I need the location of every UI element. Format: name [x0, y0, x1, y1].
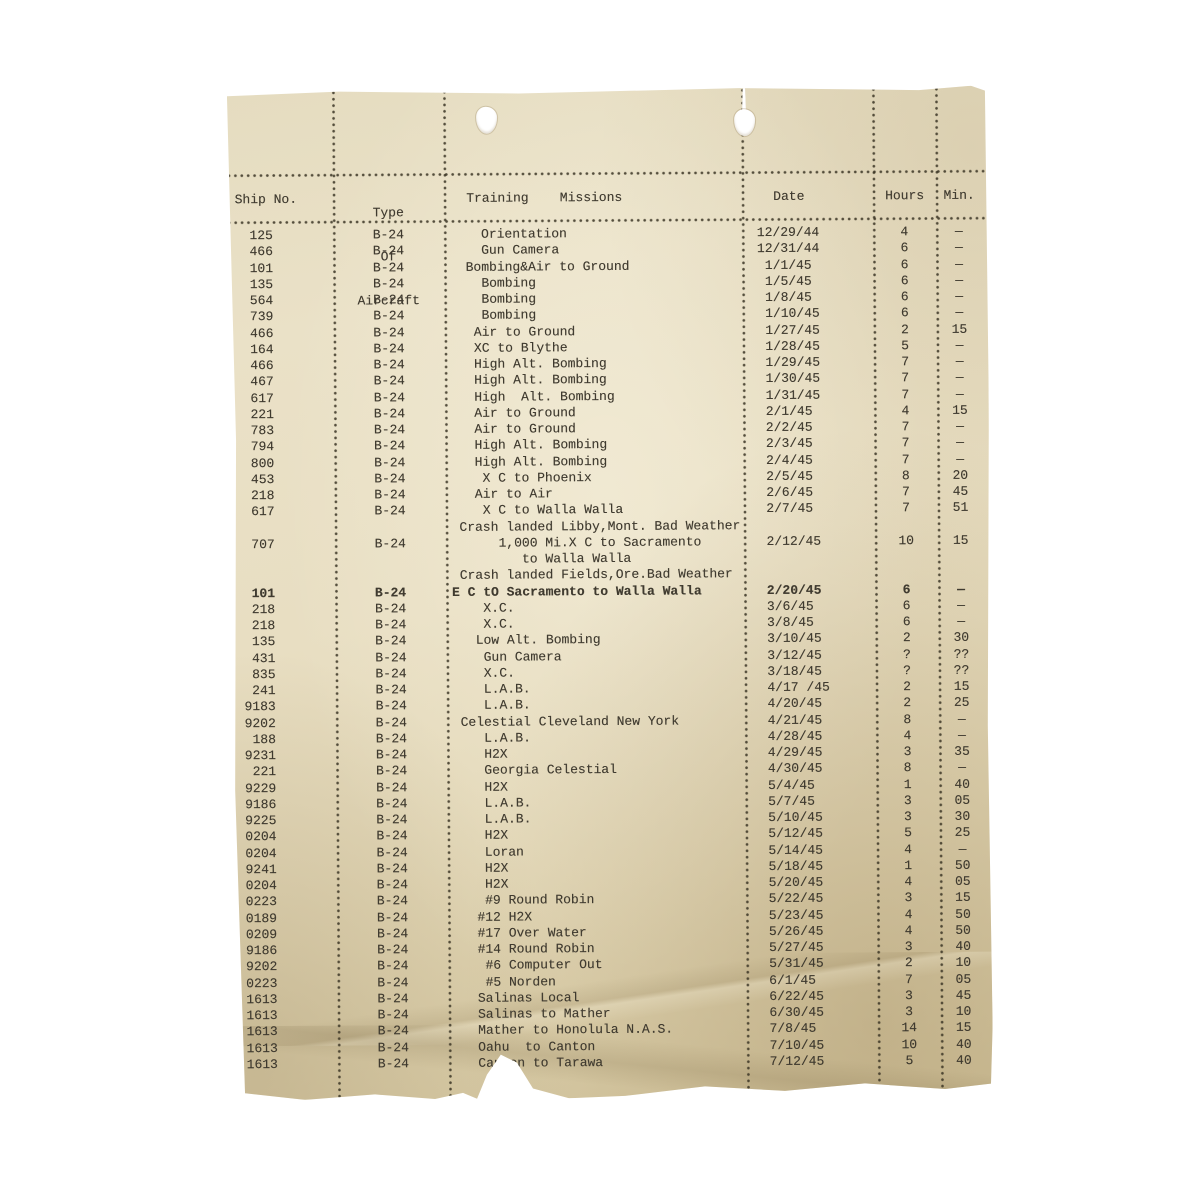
- date-cell: 2/4/45: [743, 452, 874, 469]
- column-header-ship-no: Ship No.: [235, 192, 298, 207]
- date-cell: 5/20/45: [746, 874, 877, 891]
- date-cell: 5/12/45: [745, 826, 876, 843]
- date-cell: 2/1/45: [743, 403, 874, 420]
- mission-cell: Bombing&Air to Ground: [444, 258, 742, 276]
- mission-cell: Air to Air: [445, 485, 743, 503]
- aircraft-type-cell: B-24: [338, 1023, 449, 1040]
- minutes-cell: 05: [940, 971, 986, 988]
- mission-cell: H2X: [447, 778, 745, 796]
- ship-no-cell: 707: [222, 536, 335, 553]
- column-header-min: Min.: [936, 188, 983, 203]
- hours-cell: 6: [873, 256, 936, 273]
- date-cell: 1/28/45: [742, 338, 873, 355]
- ship-no-cell: [222, 553, 335, 570]
- mission-cell: H2X: [447, 826, 745, 844]
- ship-no-cell: 218: [221, 488, 334, 505]
- ship-no-cell: 1613: [225, 1008, 338, 1025]
- minutes-cell: —: [936, 240, 982, 257]
- mission-cell: Air to Ground: [445, 404, 743, 422]
- aircraft-type-cell: B-24: [337, 861, 448, 878]
- mission-cell: L.A.B.: [447, 729, 745, 747]
- minutes-cell: —: [937, 370, 983, 387]
- date-cell: 5/26/45: [746, 923, 877, 940]
- mission-cell: Mather to Honolula N.A.S.: [449, 1021, 747, 1039]
- log-sheet-paper: Ship No. Type Of Aircraft Training Missi…: [219, 86, 993, 1107]
- header-type-line1: Type: [333, 206, 444, 221]
- date-cell: 2/7/45: [743, 501, 874, 518]
- minutes-cell: —: [937, 451, 983, 468]
- hours-cell: 2: [876, 695, 939, 712]
- aircraft-type-cell: B-24: [335, 601, 446, 618]
- hours-cell: 7: [874, 370, 937, 387]
- minutes-cell: 51: [937, 500, 983, 517]
- mission-cell: 1,000 Mi.X C to Sacramento: [446, 534, 744, 552]
- date-cell: 4/20/45: [745, 696, 876, 713]
- mission-cell: Gun Camera: [446, 648, 744, 666]
- mission-cell: X C to Walla Walla: [445, 501, 743, 519]
- mission-cell: H2X: [448, 875, 746, 893]
- minutes-cell: —: [936, 256, 982, 273]
- hours-cell: 7: [874, 354, 937, 371]
- mission-cell: L.A.B.: [447, 696, 745, 714]
- hours-cell: [875, 549, 938, 566]
- date-cell: 2/2/45: [743, 419, 874, 436]
- ship-no-cell: 1613: [224, 991, 337, 1008]
- aircraft-type-cell: B-24: [333, 324, 444, 341]
- hours-cell: 6: [873, 289, 936, 306]
- ship-no-cell: 221: [223, 764, 336, 781]
- minutes-cell: 15: [937, 402, 983, 419]
- mission-cell: Salinas to Mather: [449, 1005, 747, 1023]
- aircraft-type-cell: B-24: [338, 1039, 449, 1056]
- date-cell: 1/8/45: [742, 289, 873, 306]
- ship-no-cell: 0204: [223, 829, 336, 846]
- ship-no-cell: 794: [221, 439, 334, 456]
- ship-no-cell: 0223: [224, 975, 337, 992]
- date-cell: 3/10/45: [744, 631, 875, 648]
- mission-cell: X.C.: [446, 664, 744, 682]
- minutes-cell: 10: [940, 1004, 986, 1021]
- aircraft-type-cell: B-24: [333, 227, 444, 244]
- minutes-cell: 50: [940, 922, 986, 939]
- minutes-cell: 40: [939, 776, 985, 793]
- aircraft-type-cell: B-24: [334, 487, 445, 504]
- date-cell: 12/29/44: [742, 224, 873, 241]
- ship-no-cell: 9202: [223, 715, 336, 732]
- minutes-cell: 30: [938, 630, 984, 647]
- ship-no-cell: 0209: [224, 926, 337, 943]
- mission-cell: Georgia Celestial: [447, 761, 745, 779]
- date-cell: 6/30/45: [747, 1004, 878, 1021]
- ship-no-cell: 9241: [224, 861, 337, 878]
- aircraft-type-cell: B-24: [337, 991, 448, 1008]
- minutes-cell: 40: [941, 1052, 987, 1069]
- date-cell: 4/28/45: [745, 728, 876, 745]
- minutes-cell: 15: [938, 532, 984, 549]
- hours-cell: 2: [876, 679, 939, 696]
- aircraft-type-cell: B-24: [336, 682, 447, 699]
- hours-cell: ?: [875, 663, 938, 680]
- aircraft-type-cell: B-24: [334, 422, 445, 439]
- hours-cell: 7: [874, 419, 937, 436]
- ship-no-cell: 453: [221, 471, 334, 488]
- mission-cell: #6 Computer Out: [448, 956, 746, 974]
- aircraft-type-cell: B-24: [334, 438, 445, 455]
- minutes-cell: 30: [939, 809, 985, 826]
- mission-cell: L.A.B.: [447, 680, 745, 698]
- aircraft-type-cell: B-24: [336, 828, 447, 845]
- aircraft-type-cell: B-24: [333, 292, 444, 309]
- ship-no-cell: 800: [221, 455, 334, 472]
- hours-cell: 8: [876, 711, 939, 728]
- mission-cell: X C to Phoenix: [445, 469, 743, 487]
- minutes-cell: ??: [938, 646, 984, 663]
- hours-cell: 7: [874, 435, 937, 452]
- hours-cell: 7: [874, 386, 937, 403]
- mission-cell: High Alt. Bombing: [445, 453, 743, 471]
- minutes-cell: —: [939, 711, 985, 728]
- ship-no-cell: 0223: [224, 894, 337, 911]
- mission-cell: H2X: [447, 745, 745, 763]
- minutes-cell: [938, 516, 984, 533]
- minutes-cell: [938, 565, 984, 582]
- ship-no-cell: 218: [222, 618, 335, 635]
- mission-cell: #14 Round Robin: [448, 940, 746, 958]
- aircraft-type-cell: B-24: [336, 698, 447, 715]
- mission-cell: Oahu to Canton: [449, 1038, 747, 1056]
- ship-no-cell: 9183: [223, 699, 336, 716]
- ship-no-cell: 125: [220, 228, 333, 245]
- mission-cell: Bombing: [444, 274, 742, 292]
- ship-no-cell: 101: [220, 260, 333, 277]
- date-cell: 7/8/45: [747, 1021, 878, 1038]
- mission-cell: Gun Camera: [444, 241, 742, 259]
- date-cell: 5/31/45: [746, 956, 877, 973]
- aircraft-type-cell: B-24: [335, 666, 446, 683]
- date-cell: 3/6/45: [744, 598, 875, 615]
- minutes-cell: —: [938, 614, 984, 631]
- date-cell: 4/21/45: [745, 712, 876, 729]
- aircraft-type-cell: [335, 552, 446, 569]
- hours-cell: 1: [876, 776, 939, 793]
- date-cell: 1/31/45: [743, 387, 874, 404]
- date-cell: 4/17 /45: [745, 679, 876, 696]
- hours-cell: 2: [877, 955, 940, 972]
- hours-cell: 4: [874, 403, 937, 420]
- date-cell: 5/4/45: [745, 777, 876, 794]
- hours-cell: 4: [877, 923, 940, 940]
- minutes-cell: 10: [940, 955, 986, 972]
- ship-no-cell: 9229: [223, 780, 336, 797]
- mission-cell: High Alt. Bombing: [445, 436, 743, 454]
- date-cell: 2/12/45: [744, 533, 875, 550]
- hours-cell: 5: [876, 825, 939, 842]
- hours-cell: 1: [877, 858, 940, 875]
- hours-cell: 8: [874, 468, 937, 485]
- hours-cell: 4: [877, 906, 940, 923]
- hours-cell: 6: [873, 240, 936, 257]
- ship-no-cell: 466: [221, 358, 334, 375]
- ship-no-cell: 9186: [224, 943, 337, 960]
- hours-cell: 4: [877, 841, 940, 858]
- aircraft-type-cell: B-24: [336, 796, 447, 813]
- minutes-cell: —: [939, 727, 985, 744]
- aircraft-type-cell: B-24: [337, 893, 448, 910]
- aircraft-type-cell: B-24: [336, 812, 447, 829]
- hours-cell: 7: [877, 971, 940, 988]
- date-cell: 1/29/45: [743, 354, 874, 371]
- minutes-cell: 45: [940, 987, 986, 1004]
- hours-cell: 4: [873, 224, 936, 241]
- hours-cell: 7: [874, 484, 937, 501]
- mission-cell: Bombing: [444, 290, 742, 308]
- minutes-cell: 50: [940, 857, 986, 874]
- minutes-cell: —: [938, 581, 984, 598]
- minutes-cell: —: [937, 435, 983, 452]
- aircraft-type-cell: B-24: [334, 503, 445, 520]
- ship-no-cell: 431: [222, 650, 335, 667]
- hours-cell: 14: [878, 1020, 941, 1037]
- date-cell: 7/12/45: [747, 1053, 878, 1070]
- minutes-cell: —: [936, 305, 982, 322]
- aircraft-type-cell: B-24: [336, 763, 447, 780]
- minutes-cell: 15: [940, 890, 986, 907]
- minutes-cell: 35: [939, 744, 985, 761]
- date-cell: 3/12/45: [744, 647, 875, 664]
- minutes-cell: 40: [941, 1036, 987, 1053]
- ship-no-cell: 0204: [224, 845, 337, 862]
- ship-no-cell: 135: [222, 634, 335, 651]
- hours-cell: ?: [875, 646, 938, 663]
- minutes-cell: 05: [940, 874, 986, 891]
- date-cell: 6/1/45: [746, 972, 877, 989]
- aircraft-type-cell: B-24: [333, 308, 444, 325]
- date-cell: 3/8/45: [744, 614, 875, 631]
- aircraft-type-cell: B-24: [334, 454, 445, 471]
- date-cell: [744, 566, 875, 583]
- ship-no-cell: 241: [223, 683, 336, 700]
- hours-cell: 10: [878, 1036, 941, 1053]
- ship-no-cell: 188: [223, 731, 336, 748]
- ship-no-cell: 221: [221, 406, 334, 423]
- log-rows: 125B-24 Orientation12/29/444—466B-24 Gun…: [220, 224, 993, 1074]
- mission-cell: X.C.: [446, 599, 744, 617]
- date-cell: 2/6/45: [743, 484, 874, 501]
- hours-cell: 2: [873, 321, 936, 338]
- aircraft-type-cell: B-24: [337, 909, 448, 926]
- minutes-cell: 05: [939, 792, 985, 809]
- date-cell: 5/27/45: [746, 939, 877, 956]
- date-cell: 7/10/45: [747, 1037, 878, 1054]
- date-cell: 4/30/45: [745, 761, 876, 778]
- mission-cell: X.C.: [446, 615, 744, 633]
- date-cell: 5/23/45: [746, 907, 877, 924]
- ship-no-cell: 9186: [223, 796, 336, 813]
- hours-cell: 6: [875, 598, 938, 615]
- date-cell: 1/30/45: [743, 371, 874, 388]
- hours-cell: 3: [876, 809, 939, 826]
- aircraft-type-cell: B-24: [336, 714, 447, 731]
- mission-cell: L.A.B.: [447, 794, 745, 812]
- date-cell: 2/20/45: [744, 582, 875, 599]
- ship-no-cell: 617: [221, 390, 334, 407]
- minutes-cell: —: [937, 419, 983, 436]
- ship-no-cell: 101: [222, 585, 335, 602]
- minutes-cell: —: [936, 289, 982, 306]
- hours-cell: 7: [874, 500, 937, 517]
- minutes-cell: 15: [941, 1020, 987, 1037]
- date-cell: [744, 517, 875, 534]
- hours-cell: 3: [877, 890, 940, 907]
- column-header-training-missions: Training Missions: [451, 190, 623, 206]
- aircraft-type-cell: B-24: [333, 341, 444, 358]
- aircraft-type-cell: B-24: [335, 649, 446, 666]
- aircraft-type-cell: B-24: [334, 471, 445, 488]
- mission-cell: H2X: [448, 859, 746, 877]
- ship-no-cell: 467: [221, 374, 334, 391]
- aircraft-type-cell: B-24: [334, 389, 445, 406]
- mission-cell: Bombing: [444, 306, 742, 324]
- mission-cell: High Alt. Bombing: [445, 371, 743, 389]
- hours-cell: 4: [876, 728, 939, 745]
- ship-no-cell: 9231: [223, 748, 336, 765]
- date-cell: 1/27/45: [742, 322, 873, 339]
- mission-cell: #17 Over Water: [448, 924, 746, 942]
- hours-cell: 8: [876, 760, 939, 777]
- aircraft-type-cell: B-24: [333, 243, 444, 260]
- ship-no-cell: 564: [220, 293, 333, 310]
- ship-no-cell: 466: [220, 325, 333, 342]
- minutes-cell: —: [936, 272, 982, 289]
- date-cell: 2/5/45: [743, 468, 874, 485]
- minutes-cell: 15: [936, 321, 982, 338]
- aircraft-type-cell: B-24: [336, 747, 447, 764]
- aircraft-type-cell: [335, 568, 446, 585]
- mission-cell: L.A.B.: [447, 810, 745, 828]
- date-cell: 5/7/45: [745, 793, 876, 810]
- aircraft-type-cell: B-24: [337, 942, 448, 959]
- minutes-cell: ??: [938, 662, 984, 679]
- ship-no-cell: 1613: [225, 1056, 338, 1073]
- mission-cell: Crash landed Libby,Mont. Bad Weather: [446, 518, 744, 536]
- ship-no-cell: 0204: [224, 878, 337, 895]
- ship-no-cell: [222, 520, 335, 537]
- date-cell: 5/14/45: [746, 842, 877, 859]
- minutes-cell: —: [939, 760, 985, 777]
- aircraft-type-cell: B-24: [335, 584, 446, 601]
- mission-cell: Crash landed Fields,Ore.Bad Weather: [446, 566, 744, 584]
- minutes-cell: [938, 549, 984, 566]
- aircraft-type-cell: B-24: [333, 276, 444, 293]
- aircraft-type-cell: B-24: [337, 877, 448, 894]
- mission-cell: High Alt. Bombing: [445, 388, 743, 406]
- aircraft-type-cell: B-24: [338, 1007, 449, 1024]
- minutes-cell: 20: [937, 467, 983, 484]
- mission-cell: Low Alt. Bombing: [446, 631, 744, 649]
- date-cell: 1/5/45: [742, 273, 873, 290]
- column-header-date: Date: [758, 189, 805, 204]
- ship-no-cell: 218: [222, 601, 335, 618]
- hours-cell: 6: [875, 581, 938, 598]
- ship-no-cell: 739: [220, 309, 333, 326]
- aircraft-type-cell: B-24: [337, 958, 448, 975]
- minutes-cell: —: [937, 386, 983, 403]
- aircraft-type-cell: B-24: [335, 617, 446, 634]
- date-cell: 6/22/45: [746, 988, 877, 1005]
- hours-cell: 5: [878, 1053, 941, 1070]
- ship-no-cell: 1613: [225, 1040, 338, 1057]
- ship-no-cell: 0189: [224, 910, 337, 927]
- mission-cell: Air to Ground: [445, 420, 743, 438]
- aircraft-type-cell: B-24: [335, 633, 446, 650]
- date-cell: 5/18/45: [746, 858, 877, 875]
- date-cell: 1/1/45: [742, 257, 873, 274]
- date-cell: 5/22/45: [746, 891, 877, 908]
- hours-cell: 10: [875, 533, 938, 550]
- aircraft-type-cell: B-24: [335, 536, 446, 553]
- aircraft-type-cell: B-24: [336, 779, 447, 796]
- hours-cell: 2: [875, 630, 938, 647]
- hours-cell: 4: [877, 874, 940, 891]
- ship-no-cell: 9225: [223, 813, 336, 830]
- ship-no-cell: 9202: [224, 959, 337, 976]
- hours-cell: [875, 516, 938, 533]
- minutes-cell: 25: [939, 825, 985, 842]
- minutes-cell: 15: [939, 679, 985, 696]
- ship-no-cell: 466: [220, 244, 333, 261]
- mission-cell: High Alt. Bombing: [445, 355, 743, 373]
- ship-no-cell: 135: [220, 276, 333, 293]
- ship-no-cell: 783: [221, 423, 334, 440]
- date-cell: 2/3/45: [743, 436, 874, 453]
- mission-cell: Orientation: [444, 225, 742, 243]
- minutes-cell: —: [940, 841, 986, 858]
- minutes-cell: —: [936, 224, 982, 241]
- hours-cell: 7: [874, 451, 937, 468]
- ship-no-cell: 164: [220, 341, 333, 358]
- aircraft-type-cell: B-24: [334, 373, 445, 390]
- minutes-cell: —: [938, 597, 984, 614]
- date-cell: [744, 549, 875, 566]
- column-header-hours: Hours: [873, 188, 937, 203]
- mission-cell: #9 Round Robin: [448, 891, 746, 909]
- hours-cell: 3: [876, 744, 939, 761]
- aircraft-type-cell: B-24: [337, 974, 448, 991]
- punch-hole: [734, 109, 755, 136]
- mission-cell: XC to Blythe: [444, 339, 742, 357]
- hours-cell: 6: [873, 273, 936, 290]
- ship-no-cell: [222, 569, 335, 586]
- minutes-cell: 25: [939, 695, 985, 712]
- ship-no-cell: 617: [221, 504, 334, 521]
- date-cell: 12/31/44: [742, 241, 873, 258]
- hours-cell: 5: [873, 338, 936, 355]
- date-cell: 4/29/45: [745, 744, 876, 761]
- aircraft-type-cell: B-24: [334, 357, 445, 374]
- mission-cell: Air to Ground: [444, 323, 742, 341]
- date-cell: 3/18/45: [744, 663, 875, 680]
- minutes-cell: 50: [940, 906, 986, 923]
- punch-hole: [476, 107, 497, 134]
- hours-cell: 3: [877, 988, 940, 1005]
- aircraft-type-cell: B-24: [338, 1056, 449, 1073]
- date-cell: 1/10/45: [742, 306, 873, 323]
- aircraft-type-cell: B-24: [337, 844, 448, 861]
- mission-cell: E C tO Sacramento to Walla Walla: [446, 583, 744, 601]
- mission-cell: Salinas Local: [448, 989, 746, 1007]
- minutes-cell: —: [937, 354, 983, 371]
- scan-canvas: Ship No. Type Of Aircraft Training Missi…: [0, 0, 1200, 1200]
